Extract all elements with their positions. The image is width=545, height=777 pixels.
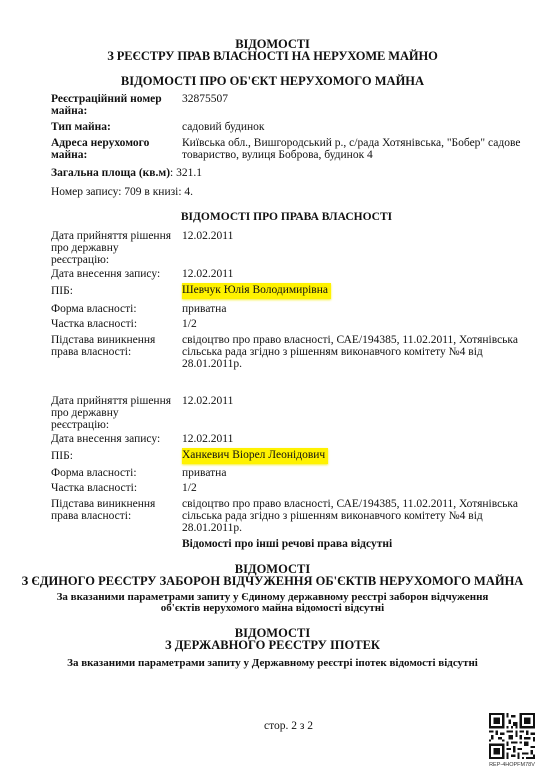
entry-date-label: Дата внесення запису:	[51, 268, 176, 280]
object-section-title: ВІДОМОСТІ ПРО ОБ'ЄКТ НЕРУХОМОГО МАЙНА	[0, 75, 545, 88]
name-label: ПІБ:	[51, 450, 176, 462]
owner-name: Шевчук Юлія Володимирівна	[182, 284, 527, 296]
share-value: 1/2	[182, 318, 527, 330]
record-number: Номер запису: 709 в книзі: 4.	[51, 186, 193, 198]
area-label: Загальна площа (кв.м)	[51, 167, 170, 179]
entry-date-value: 12.02.2011	[182, 268, 527, 280]
basis-value: свідоцтво про право власності, САЕ/19438…	[182, 334, 520, 370]
basis-label: Підстава виникнення права власності:	[51, 498, 161, 522]
share-label: Частка власності:	[51, 482, 176, 494]
prohibitions-title-line-2: З ЄДИНОГО РЕЄСТРУ ЗАБОРОН ВІДЧУЖЕННЯ ОБ'…	[0, 575, 545, 587]
prohibitions-section-title: ВІДОМОСТІ З ЄДИНОГО РЕЄСТРУ ЗАБОРОН ВІДЧ…	[0, 563, 545, 587]
decision-date-value: 12.02.2011	[182, 395, 527, 407]
document-title: ВІДОМОСТІ З РЕЄСТРУ ПРАВ ВЛАСНОСТІ НА НЕ…	[0, 38, 545, 62]
mortgage-title-line-2: З ДЕРЖАВНОГО РЕЄСТРУ ІПОТЕК	[0, 639, 545, 651]
decision-date-label: Дата прийняття рішення про державну реєс…	[51, 395, 173, 431]
mortgage-note: За вказаними параметрами запиту у Держав…	[0, 657, 545, 669]
owner-name-highlight: Шевчук Юлія Володимирівна	[182, 283, 331, 299]
ownership-form-label: Форма власності:	[51, 467, 176, 479]
ownership-form-value: приватна	[182, 303, 527, 315]
type-value: садовий будинок	[182, 121, 527, 133]
ownership-form-label: Форма власності:	[51, 303, 176, 315]
share-label: Частка власності:	[51, 318, 176, 330]
mortgage-section-title: ВІДОМОСТІ З ДЕРЖАВНОГО РЕЄСТРУ ІПОТЕК	[0, 627, 545, 651]
basis-value: свідоцтво про право власності, САЕ/19438…	[182, 498, 520, 534]
share-value: 1/2	[182, 482, 527, 494]
prohibitions-note-line-2: об'єктів нерухомого майна відомості відс…	[0, 603, 545, 614]
reg-number-label: Реєстраційний номер майна:	[51, 93, 166, 117]
area-value: : 321.1	[170, 167, 202, 179]
rights-section-title: ВІДОМОСТІ ПРО ПРАВА ВЛАСНОСТІ	[14, 211, 545, 223]
qr-code-icon	[489, 713, 535, 759]
basis-label: Підстава виникнення права власності:	[51, 334, 161, 358]
prohibitions-note: За вказаними параметрами запиту у Єдином…	[0, 592, 545, 614]
title-line-2: З РЕЄСТРУ ПРАВ ВЛАСНОСТІ НА НЕРУХОМЕ МАЙ…	[0, 50, 545, 62]
address-label: Адреса нерухомого майна:	[51, 137, 156, 161]
name-label: ПІБ:	[51, 285, 176, 297]
other-rights-note: Відомості про інші речові права відсутні	[182, 538, 392, 550]
qr-code-label: REP-4HOPFM78V	[480, 762, 544, 768]
decision-date-label: Дата прийняття рішення про державну реєс…	[51, 230, 173, 266]
owner-name: Ханкевич Віорел Леонідович	[182, 449, 527, 461]
address-value: Київська обл., Вишгородський р., с/рада …	[182, 137, 522, 161]
decision-date-value: 12.02.2011	[182, 230, 527, 242]
owner-name-highlight: Ханкевич Віорел Леонідович	[182, 448, 328, 464]
entry-date-label: Дата внесення запису:	[51, 433, 176, 445]
reg-number-value: 32875507	[182, 93, 527, 105]
ownership-form-value: приватна	[182, 467, 527, 479]
entry-date-value: 12.02.2011	[182, 433, 527, 445]
area-row: Загальна площа (кв.м): 321.1	[51, 167, 202, 179]
page-number: стор. 2 з 2	[264, 720, 313, 732]
type-label: Тип майна:	[51, 121, 176, 133]
